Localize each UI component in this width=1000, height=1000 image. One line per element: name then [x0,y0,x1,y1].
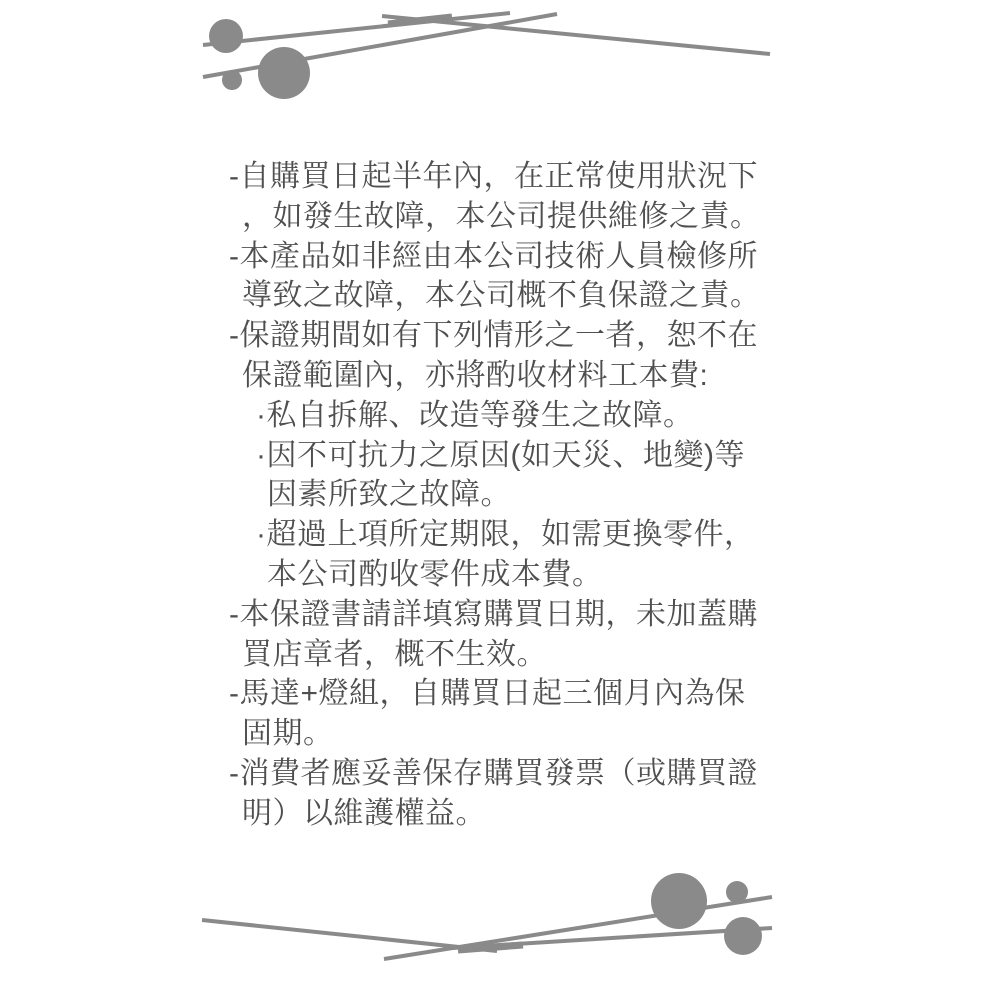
warranty-line-17: 明）以維護權益。 [229,794,819,834]
warranty-line-12: -本保證書請詳填寫購買日期，未加蓋購 [229,595,819,635]
warranty-line-14: -馬達+燈組，自購買日起三個月內為保 [229,674,819,714]
warranty-line-5: -保證期間如有下列情形之一者，恕不在 [229,316,819,356]
decoration-line [388,17,452,24]
top-left-decoration [203,13,770,99]
warranty-line-1: -自購買日起半年內，在正常使用狀況下 [229,157,819,197]
warranty-line-10: ·超過上項所定期限，如需更換零件， [229,515,819,555]
decoration-line [203,14,557,77]
warranty-line-2: ，如發生故障，本公司提供維修之責。 [229,197,819,237]
decoration-circle-small [726,881,748,903]
bottom-right-decoration [202,873,772,959]
warranty-line-9: 因素所致之故障。 [229,475,819,515]
decoration-line [203,13,510,45]
decoration-line [452,928,772,948]
warranty-line-13: 買店章者，概不生效。 [229,635,819,675]
warranty-line-3: -本產品如非經由本公司技術人員檢修所 [229,237,819,277]
warranty-line-7: ·私自拆解、改造等發生之故障。 [229,396,819,436]
warranty-text-block: -自購買日起半年內，在正常使用狀況下 ，如發生故障，本公司提供維修之責。 -本產… [229,157,819,834]
warranty-line-6: 保證範圍內，亦將酌收材料工本費: [229,356,819,396]
warranty-line-15: 固期。 [229,714,819,754]
decoration-circle-medium [724,917,762,955]
decoration-line [202,920,497,951]
decoration-circle-large [651,873,707,929]
warranty-line-11: 本公司酌收零件成本費。 [229,555,819,595]
warranty-line-16: -消費者應妥善保存購買發票（或購買證 [229,754,819,794]
warranty-line-4: 導致之故障，本公司概不負保證之責。 [229,276,819,316]
decoration-circle-large [258,47,310,99]
decoration-line [458,945,523,950]
decoration-circle-medium [209,19,243,53]
decoration-circle-small [222,70,242,90]
decoration-line [384,897,772,959]
warranty-line-8: ·因不可抗力之原因(如天災、地變)等 [229,436,819,476]
decoration-line [382,16,770,54]
warranty-page: -自購買日起半年內，在正常使用狀況下 ，如發生故障，本公司提供維修之責。 -本產… [0,0,1000,1000]
